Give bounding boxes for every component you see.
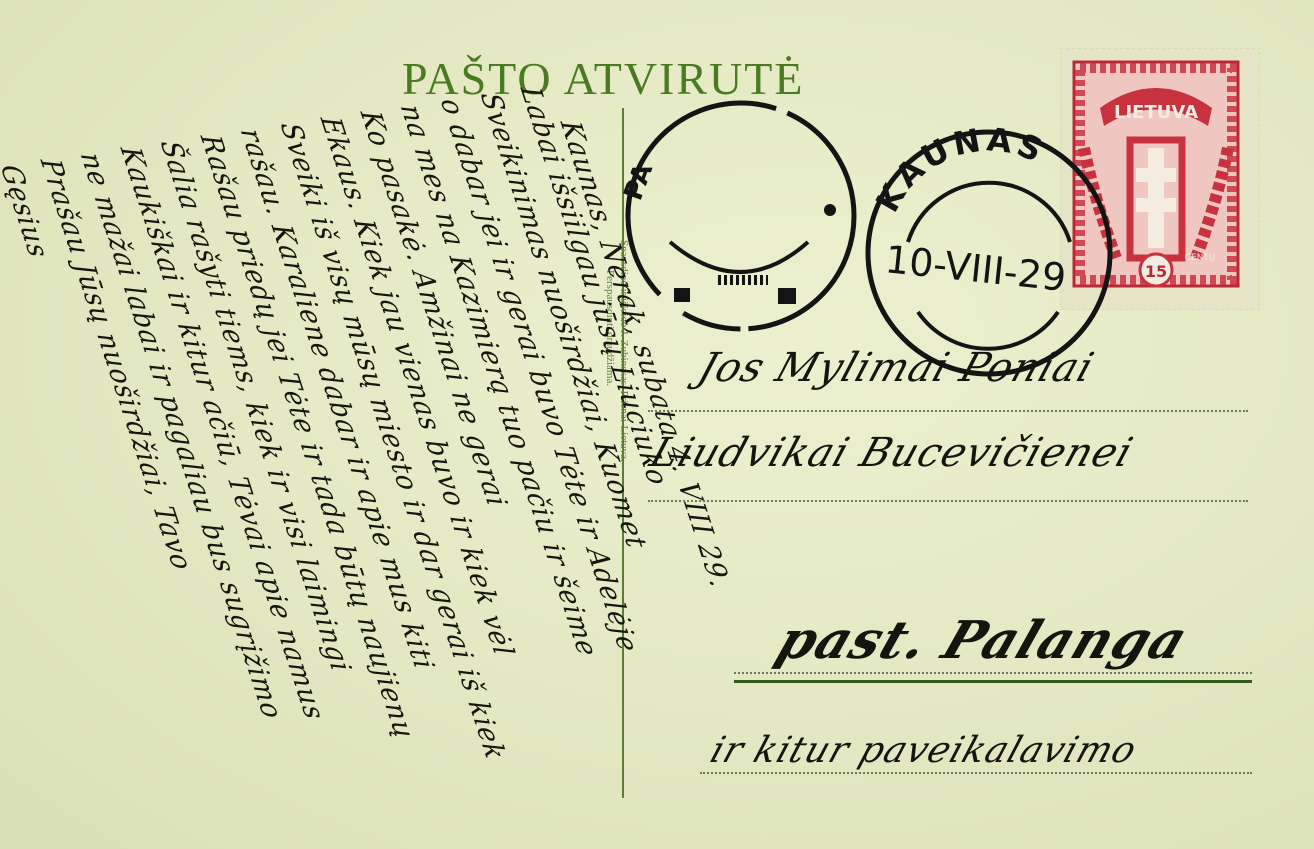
address-line-4: ir kitur paveikalavimo xyxy=(705,730,1142,771)
address-line-2: Liudvikai Bucevičienei xyxy=(645,430,1139,476)
postmark-date: 10-VIII-29 xyxy=(883,237,1068,300)
svg-text:KAUNAS: KAUNAS xyxy=(868,122,1051,218)
address-rule-2 xyxy=(648,500,1248,502)
stamp-currency: CENTŲ xyxy=(1185,253,1216,263)
address-rule-3 xyxy=(734,672,1252,674)
postmark-city: KAUNAS xyxy=(868,122,1051,218)
partial-postmark: PA xyxy=(618,92,864,340)
handwritten-message: Kaunas, Nerak, subata 4. VIII 29.Labai i… xyxy=(0,0,620,849)
address-line-3: past. Palanga xyxy=(769,610,1196,671)
kaunas-postmark: KAUNAS 10-VIII-29 xyxy=(858,122,1120,384)
address-rule-4 xyxy=(700,772,1252,774)
address-rule-3-underline xyxy=(734,680,1252,683)
stamp-country: LIETUVA xyxy=(1114,102,1198,123)
svg-text:PA: PA xyxy=(618,160,659,205)
address-rule-1 xyxy=(648,410,1248,412)
stamp-value: 15 xyxy=(1145,262,1167,281)
postcard: PAŠTO ATVIRUTĖ Spausdino ir išleido J. Z… xyxy=(0,0,1314,849)
